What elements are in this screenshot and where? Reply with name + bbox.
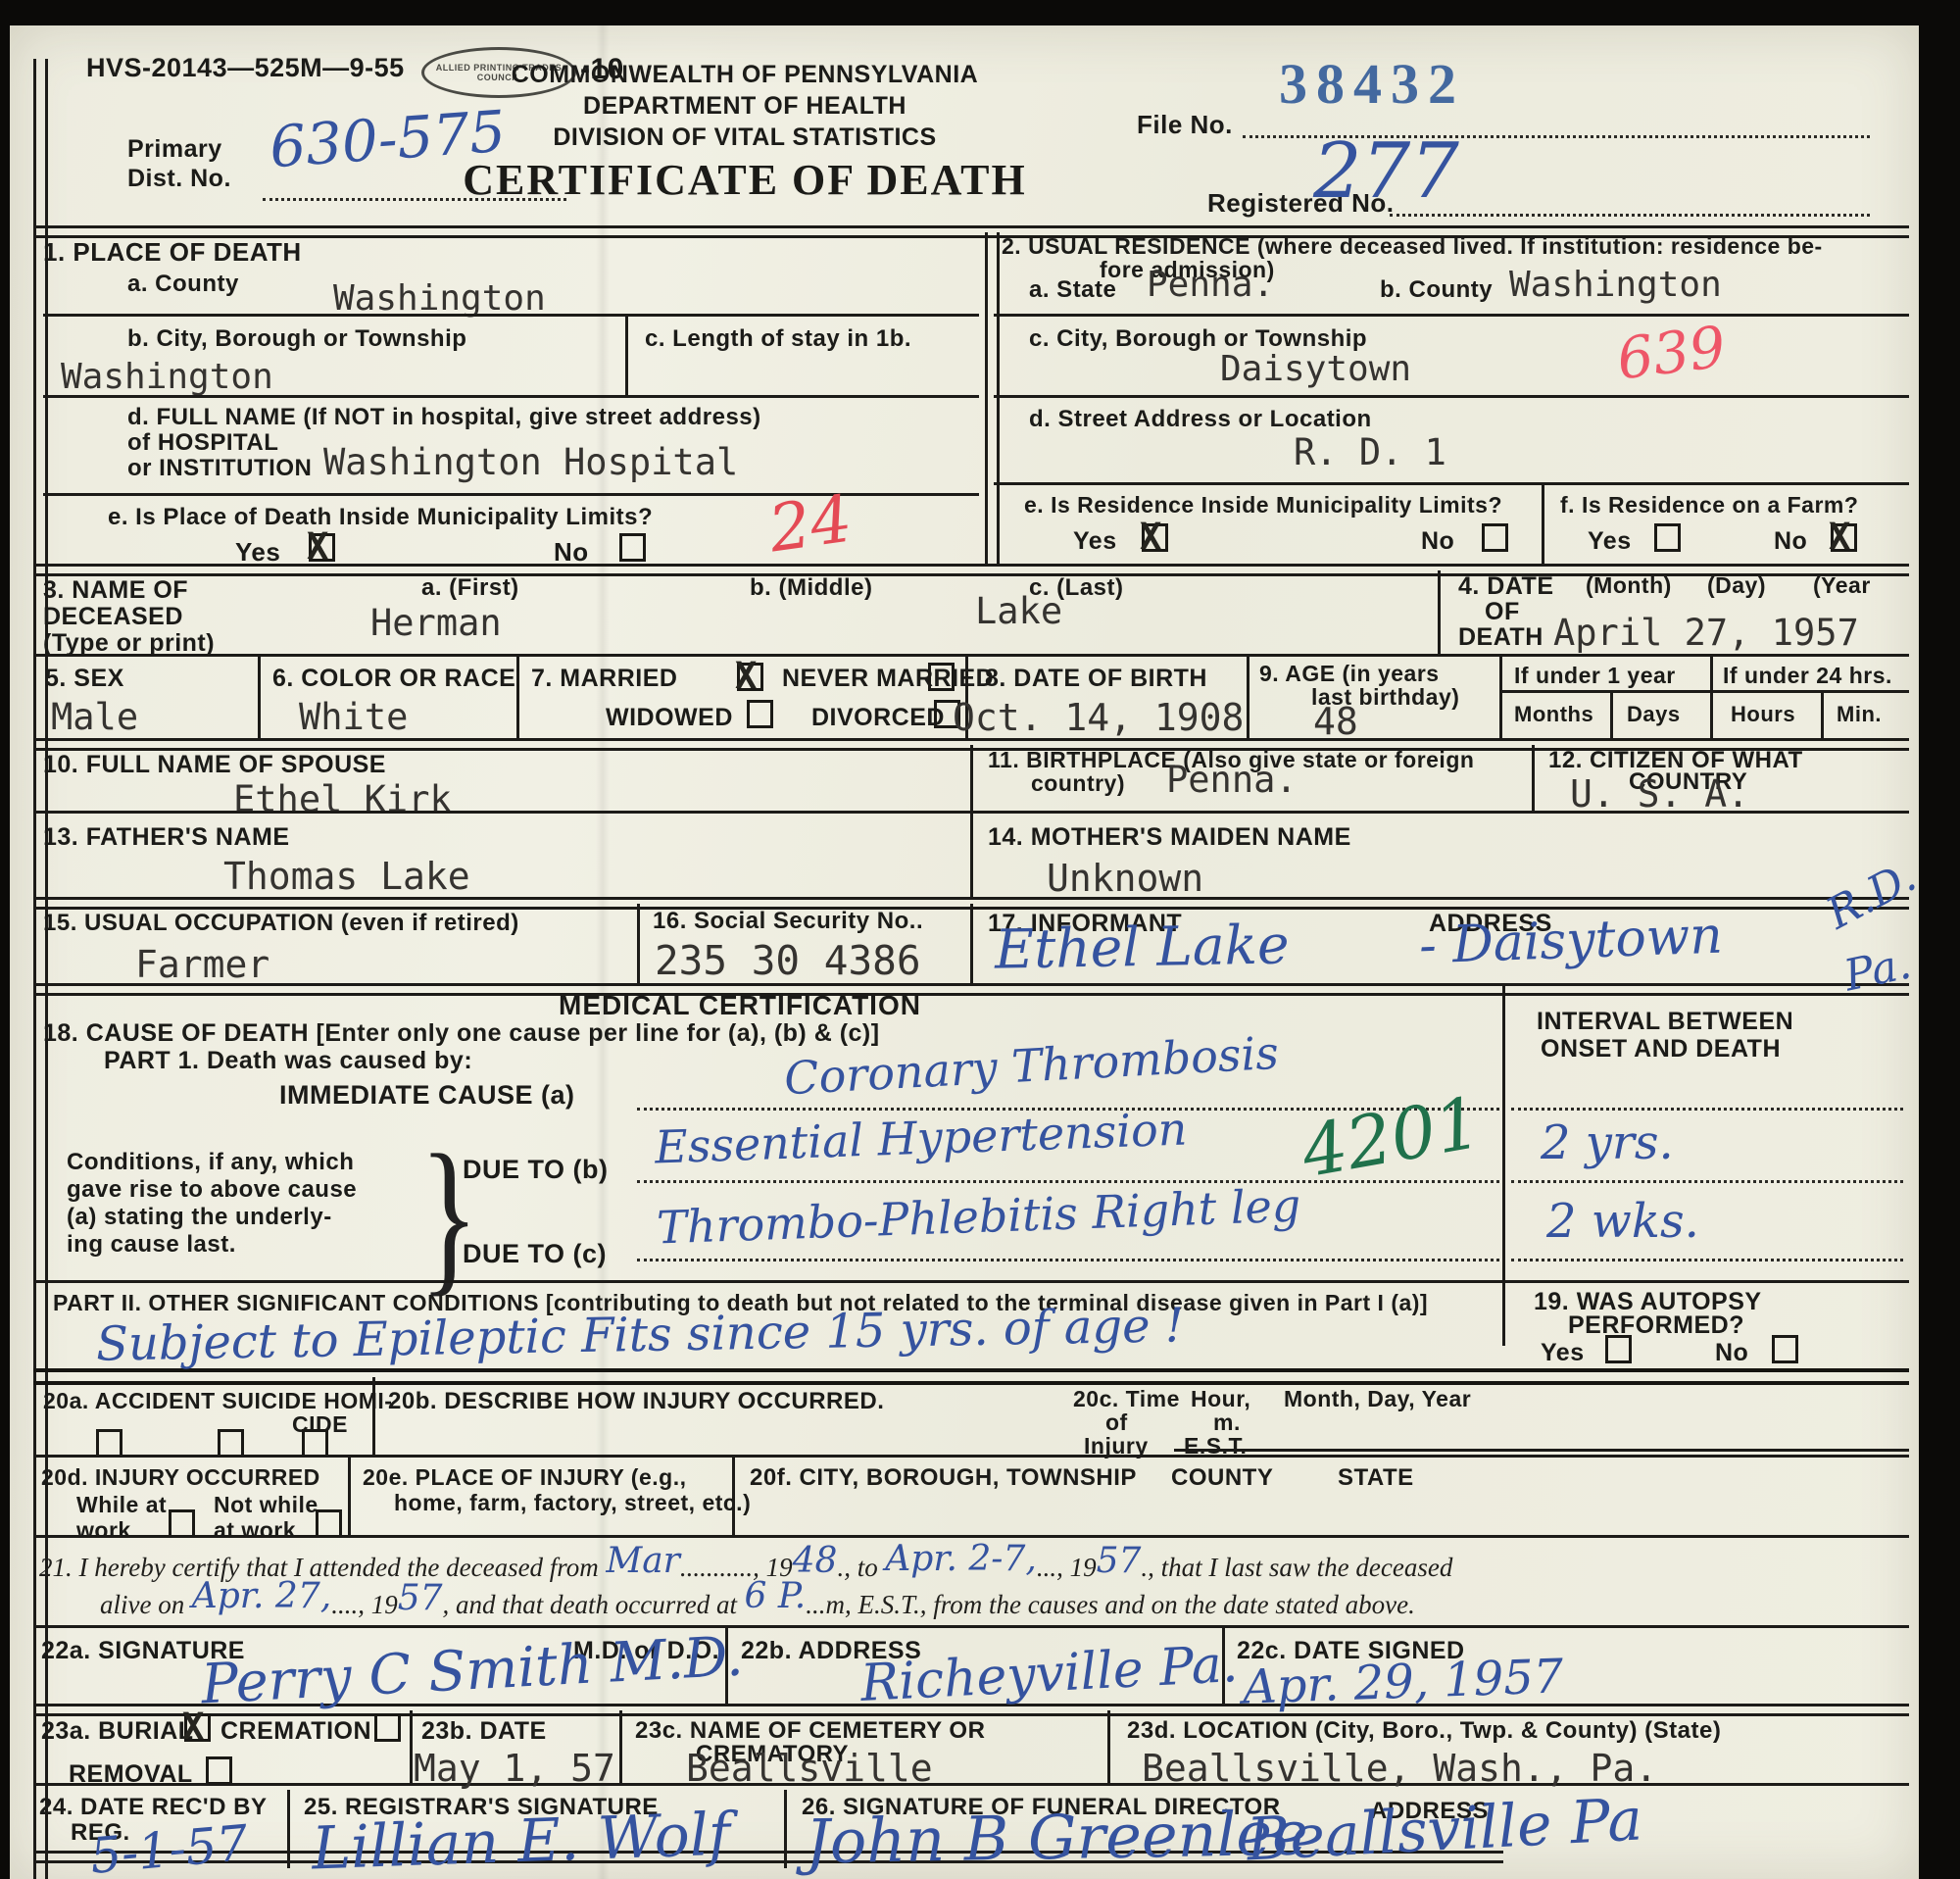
time-of-injury-label-line2: of	[1105, 1409, 1128, 1436]
cemetery-location-value: Beallsville, Wash., Pa.	[1142, 1747, 1657, 1790]
rule	[33, 654, 1909, 657]
widowed-label: WIDOWED	[606, 704, 733, 732]
certify-handwritten-from-year: 48	[793, 1541, 838, 1581]
birthplace-value: Penna.	[1166, 759, 1298, 801]
if-under-24-hrs-label: If under 24 hrs.	[1723, 663, 1892, 689]
rule	[33, 1455, 1909, 1458]
certify-handwritten-alive-year: 57	[398, 1578, 443, 1618]
describe-injury-label: 20b. DESCRIBE HOW INJURY OCCURRED.	[388, 1388, 884, 1415]
residence-farm-yes-checkbox	[1654, 523, 1681, 552]
homicide-checkbox	[302, 1429, 328, 1458]
date-signed-value: Apr. 29, 1957	[1242, 1649, 1564, 1714]
part1-label: PART 1. Death was caused by:	[104, 1047, 472, 1075]
cemetery-value: Beallsville	[686, 1747, 933, 1790]
rule	[1821, 690, 1824, 738]
interval-b-blank-line	[1511, 1180, 1903, 1183]
red-code-24: 24	[764, 481, 857, 568]
month-day-year-label: Month, Day, Year	[1284, 1386, 1471, 1412]
cause-c-value: Thrombo-Phlebitis Right leg	[656, 1179, 1301, 1255]
interval-label-line1: INTERVAL BETWEEN	[1537, 1008, 1793, 1036]
rule	[33, 1535, 1909, 1538]
color-race-label: 6. COLOR OR RACE	[272, 665, 515, 693]
birthplace-label-line2: country)	[1031, 770, 1125, 797]
never-married-checkbox	[928, 663, 955, 691]
hospital-name-value: Washington Hospital	[323, 441, 738, 483]
place-county-value: Washington	[333, 278, 546, 319]
section1-2-divider	[985, 232, 1000, 564]
injury-city-label: 20f. CITY, BOROUGH, TOWNSHIP	[750, 1464, 1137, 1492]
funeral-director-signature-value: John B Greenlee	[805, 1798, 1308, 1878]
residence-farm-yes-label: Yes	[1588, 527, 1632, 556]
immediate-cause-label: IMMEDIATE CAUSE (a)	[279, 1080, 575, 1111]
autopsy-yes-label: Yes	[1541, 1339, 1585, 1367]
hospital-name-label-line3: or INSTITUTION	[127, 455, 312, 482]
rule	[994, 395, 1909, 398]
cause-c-blank-line	[637, 1259, 1499, 1261]
rule	[1710, 654, 1713, 738]
residence-county-label: b. County	[1380, 276, 1493, 304]
widowed-checkbox	[747, 700, 773, 728]
certify-handwritten-to-year: 57	[1097, 1541, 1142, 1581]
age-hours-label: Hours	[1731, 702, 1795, 727]
rule	[43, 314, 979, 317]
rule	[33, 1625, 1909, 1628]
checkbox-mark: X	[182, 1706, 204, 1748]
rule	[1499, 654, 1502, 738]
checkbox-mark: X	[1829, 516, 1850, 558]
checkbox-mark: X	[735, 655, 757, 697]
residence-municipality-no-label: No	[1421, 527, 1454, 556]
rule	[410, 1710, 413, 1783]
occupation-label: 15. USUAL OCCUPATION (even if retired)	[43, 910, 519, 937]
certify-print: ., that I last saw the deceased	[1141, 1553, 1452, 1582]
conditions-note-line2: gave rise to above cause	[67, 1176, 357, 1204]
scanned-death-certificate: { "ink": {"blue_handwriting": "#35539f",…	[0, 0, 1960, 1879]
never-married-label: NEVER MARRIED	[782, 665, 994, 693]
mother-maiden-name-value: Unknown	[1047, 857, 1203, 900]
rule	[619, 1710, 622, 1783]
citizen-value: U. S. A.	[1570, 772, 1749, 816]
primary-dist-label-line2: Dist. No.	[127, 165, 231, 193]
autopsy-no-label: No	[1715, 1339, 1748, 1367]
file-no-value-stamp: 38432	[1279, 51, 1465, 117]
rule	[348, 1455, 351, 1535]
sex-label: 5. SEX	[45, 665, 124, 693]
death-municipality-no-checkbox	[619, 533, 646, 562]
age-label-line1: 9. AGE (in years	[1259, 661, 1440, 687]
autopsy-yes-checkbox	[1605, 1335, 1632, 1363]
residence-state-value: Penna.	[1147, 265, 1274, 305]
divorced-label: DIVORCED	[811, 704, 945, 732]
rule	[970, 904, 973, 983]
certify-print: ...., 19	[331, 1590, 398, 1619]
rule	[1542, 482, 1544, 564]
not-while-at-work-label-line1: Not while	[214, 1492, 318, 1518]
date-of-death-label-line1: 4. DATE	[1458, 572, 1554, 601]
m-label: m.	[1213, 1409, 1241, 1436]
residence-city-value: Daisytown	[1220, 349, 1411, 389]
rule	[33, 983, 1909, 996]
injury-occurred-label: 20d. INJURY OCCURRED	[41, 1464, 320, 1491]
conditions-note-line3: (a) stating the underly-	[67, 1204, 332, 1231]
autopsy-label-line2: PERFORMED?	[1568, 1311, 1744, 1340]
death-municipality-yes-checkbox: X	[309, 533, 335, 562]
date-of-birth-label: 8. DATE OF BIRTH	[985, 665, 1207, 693]
place-of-injury-label-line1: 20e. PLACE OF INJURY (e.g.,	[363, 1464, 686, 1491]
primary-dist-label-line1: Primary	[127, 135, 222, 164]
usual-residence-title-line1: 2. USUAL RESIDENCE (where deceased lived…	[1002, 233, 1823, 260]
father-name-label: 13. FATHER'S NAME	[43, 823, 290, 852]
cemetery-location-label: 23d. LOCATION (City, Boro., Twp. & Count…	[1127, 1717, 1721, 1745]
date-of-death-month-label: (Month)	[1586, 572, 1672, 599]
accident-suicide-homicide-label: 20a. ACCIDENT SUICIDE HOMI-	[43, 1388, 392, 1414]
while-at-work-label-line1: While at	[76, 1492, 167, 1518]
name-of-deceased-label-line1: 3. NAME OF	[43, 576, 188, 605]
if-under-1-year-label: If under 1 year	[1514, 663, 1676, 689]
file-no-label: File No.	[1137, 110, 1233, 140]
rule	[994, 482, 1909, 485]
rule	[33, 1368, 1909, 1385]
residence-street-label: d. Street Address or Location	[1029, 406, 1372, 433]
length-of-stay-label: c. Length of stay in 1b.	[645, 325, 911, 353]
interval-c-blank-line	[1511, 1259, 1903, 1261]
informant-address-value: - Daisytown	[1418, 907, 1724, 976]
certify-handwritten-to-date: Apr. 2-7,	[885, 1539, 1037, 1579]
hospital-name-label-line1: d. FULL NAME (If NOT in hospital, give s…	[127, 404, 761, 431]
date-of-death-day-label: (Day)	[1707, 572, 1766, 599]
rule	[43, 395, 979, 398]
conditions-note-line1: Conditions, if any, which	[67, 1149, 354, 1176]
org-line-3: DIVISION OF VITAL STATISTICS	[446, 124, 1044, 152]
informant-value: Ethel Lake	[994, 913, 1290, 980]
checkbox-mark: X	[1140, 516, 1161, 558]
conditions-note-line4: ing cause last.	[67, 1231, 236, 1259]
registered-no-value: 277	[1313, 127, 1459, 216]
rule	[1499, 690, 1909, 693]
name-of-deceased-label-line2: DECEASED	[43, 603, 183, 631]
checkbox-mark: X	[307, 525, 328, 568]
ssn-label: 16. Social Security No..	[653, 908, 923, 935]
date-of-death-year-label: (Year	[1813, 572, 1871, 599]
interval-b-value: 2 yrs.	[1541, 1115, 1674, 1170]
death-municipality-label: e. Is Place of Death Inside Municipality…	[108, 504, 653, 531]
age-value: 48	[1313, 700, 1358, 743]
cause-of-death-label: 18. CAUSE OF DEATH [Enter only one cause…	[43, 1019, 880, 1048]
ssn-value: 235 30 4386	[655, 937, 921, 984]
spouse-name-label: 10. FULL NAME OF SPOUSE	[43, 751, 386, 779]
rule	[637, 904, 640, 983]
cremation-label: CREMATION	[220, 1717, 371, 1746]
hospital-name-label-line2: of HOSPITAL	[127, 429, 278, 457]
burial-label: 23a. BURIAL	[41, 1717, 194, 1746]
rule	[1438, 570, 1441, 654]
rule	[1610, 690, 1613, 738]
rule	[1532, 745, 1535, 811]
accident-checkbox	[96, 1429, 122, 1458]
middle-name-label: b. (Middle)	[750, 574, 872, 602]
cause-b-value: Essential Hypertension	[654, 1103, 1188, 1174]
time-of-injury-label-line1: 20c. Time	[1073, 1386, 1180, 1412]
not-while-at-work-label-line2: at work	[214, 1517, 296, 1544]
while-at-work-checkbox	[169, 1509, 195, 1538]
age-min-label: Min.	[1837, 702, 1882, 727]
certify-handwritten-alive-date: Apr. 27,	[192, 1576, 331, 1616]
certify-print: alive on	[100, 1590, 184, 1619]
rule	[258, 654, 261, 738]
medical-certification-title: MEDICAL CERTIFICATION	[559, 990, 921, 1021]
place-city-value: Washington	[61, 357, 273, 397]
date-of-birth-value: Oct. 14, 1908	[953, 696, 1244, 739]
place-county-label: a. County	[127, 271, 239, 298]
married-checkbox: X	[737, 663, 763, 691]
removal-checkbox	[206, 1756, 232, 1785]
residence-municipality-yes-checkbox: X	[1142, 523, 1168, 552]
rule	[1174, 1449, 1909, 1452]
place-of-death-title: 1. PLACE OF DEATH	[43, 237, 302, 268]
rule	[625, 314, 628, 395]
due-to-c-label: DUE TO (c)	[463, 1239, 607, 1269]
rule	[994, 314, 1909, 317]
residence-farm-no-label: No	[1774, 527, 1807, 556]
green-code-4201: 4201	[1296, 1081, 1487, 1194]
registered-no-blank-line	[1390, 214, 1870, 217]
residence-municipality-label: e. Is Residence Inside Municipality Limi…	[1024, 492, 1502, 519]
rule	[970, 745, 973, 811]
hour-label: Hour,	[1191, 1386, 1250, 1412]
certificate-title: CERTIFICATE OF DEATH	[446, 155, 1044, 205]
burial-checkbox: X	[184, 1713, 211, 1742]
age-days-label: Days	[1627, 702, 1681, 727]
last-name-value: Lake	[975, 590, 1062, 632]
residence-municipality-no-checkbox	[1482, 523, 1508, 552]
rule	[1247, 654, 1249, 738]
residence-state-label: a. State	[1029, 276, 1116, 304]
date-of-death-label-line2: OF	[1485, 598, 1520, 626]
certify-handwritten-from-month: Mar	[606, 1541, 680, 1581]
certify-print: ..., 19	[1037, 1553, 1097, 1582]
injury-state-label: STATE	[1338, 1464, 1414, 1492]
interval-label-line2: ONSET AND DEATH	[1541, 1035, 1781, 1063]
certify-handwritten-time: 6 P.	[744, 1576, 806, 1616]
org-line-2: DEPARTMENT OF HEALTH	[446, 92, 1044, 121]
date-of-death-value: April 27, 1957	[1553, 612, 1859, 654]
certify-statement-line2: alive on Apr. 27,...., 1957, and that de…	[100, 1582, 1415, 1622]
age-months-label: Months	[1514, 702, 1593, 727]
residence-farm-no-checkbox: X	[1831, 523, 1857, 552]
informant-address-value-2: R.D.	[1819, 852, 1925, 940]
rule	[732, 1455, 735, 1535]
color-race-value: White	[299, 696, 408, 738]
conditions-brace: }	[419, 1116, 478, 1315]
spouse-name-value: Ethel Kirk	[233, 778, 452, 820]
occupation-value: Farmer	[135, 943, 269, 986]
first-name-label: a. (First)	[421, 574, 519, 602]
interval-c-value: 2 wks.	[1546, 1194, 1699, 1249]
first-name-value: Herman	[370, 602, 502, 644]
certify-print: ...m, E.S.T., from the causes and on the…	[806, 1590, 1415, 1619]
place-city-label: b. City, Borough or Township	[127, 325, 466, 353]
date-of-death-label-line3: DEATH	[1458, 623, 1543, 652]
certify-print: , and that death occurred at	[443, 1590, 737, 1619]
not-while-at-work-checkbox	[316, 1509, 342, 1538]
rule	[516, 654, 519, 738]
form-number: HVS-20143—525M—9-55	[86, 53, 405, 83]
rule	[1107, 1710, 1110, 1783]
cremation-checkbox	[374, 1713, 401, 1742]
autopsy-no-checkbox	[1772, 1335, 1798, 1363]
interval-a-blank-line	[1511, 1108, 1903, 1111]
sex-value: Male	[51, 696, 138, 738]
place-of-injury-label-line2: home, farm, factory, street, etc.)	[394, 1490, 751, 1516]
rule	[970, 811, 973, 897]
suicide-checkbox	[218, 1429, 244, 1458]
while-at-work-label-line2: work	[76, 1517, 131, 1544]
residence-county-value: Washington	[1509, 265, 1722, 305]
mother-maiden-name-label: 14. MOTHER'S MAIDEN NAME	[988, 823, 1351, 852]
residence-farm-label: f. Is Residence on a Farm?	[1560, 492, 1858, 519]
form-left-rule	[33, 59, 48, 1879]
residence-municipality-yes-label: Yes	[1073, 527, 1117, 556]
certify-print: ., to	[837, 1553, 877, 1582]
married-label: 7. MARRIED	[531, 665, 677, 693]
rule	[1502, 983, 1505, 1346]
rule	[372, 1377, 375, 1455]
rule	[33, 1280, 1909, 1283]
certificate-sheet: HVS-20143—525M—9-55 ALLIED PRINTING TRAD…	[10, 25, 1919, 1879]
registrar-signature-value: Lillian E. Wolf	[311, 1801, 731, 1879]
father-name-value: Thomas Lake	[223, 855, 470, 898]
due-to-b-label: DUE TO (b)	[463, 1155, 609, 1185]
injury-county-label: COUNTY	[1171, 1464, 1273, 1492]
residence-street-value: R. D. 1	[1294, 431, 1446, 473]
burial-date-value: May 1, 57	[414, 1747, 615, 1790]
red-code-639: 639	[1613, 314, 1729, 393]
org-line-1: COMMONWEALTH OF PENNSYLVANIA	[446, 61, 1044, 89]
burial-date-label: 23b. DATE	[421, 1717, 547, 1746]
